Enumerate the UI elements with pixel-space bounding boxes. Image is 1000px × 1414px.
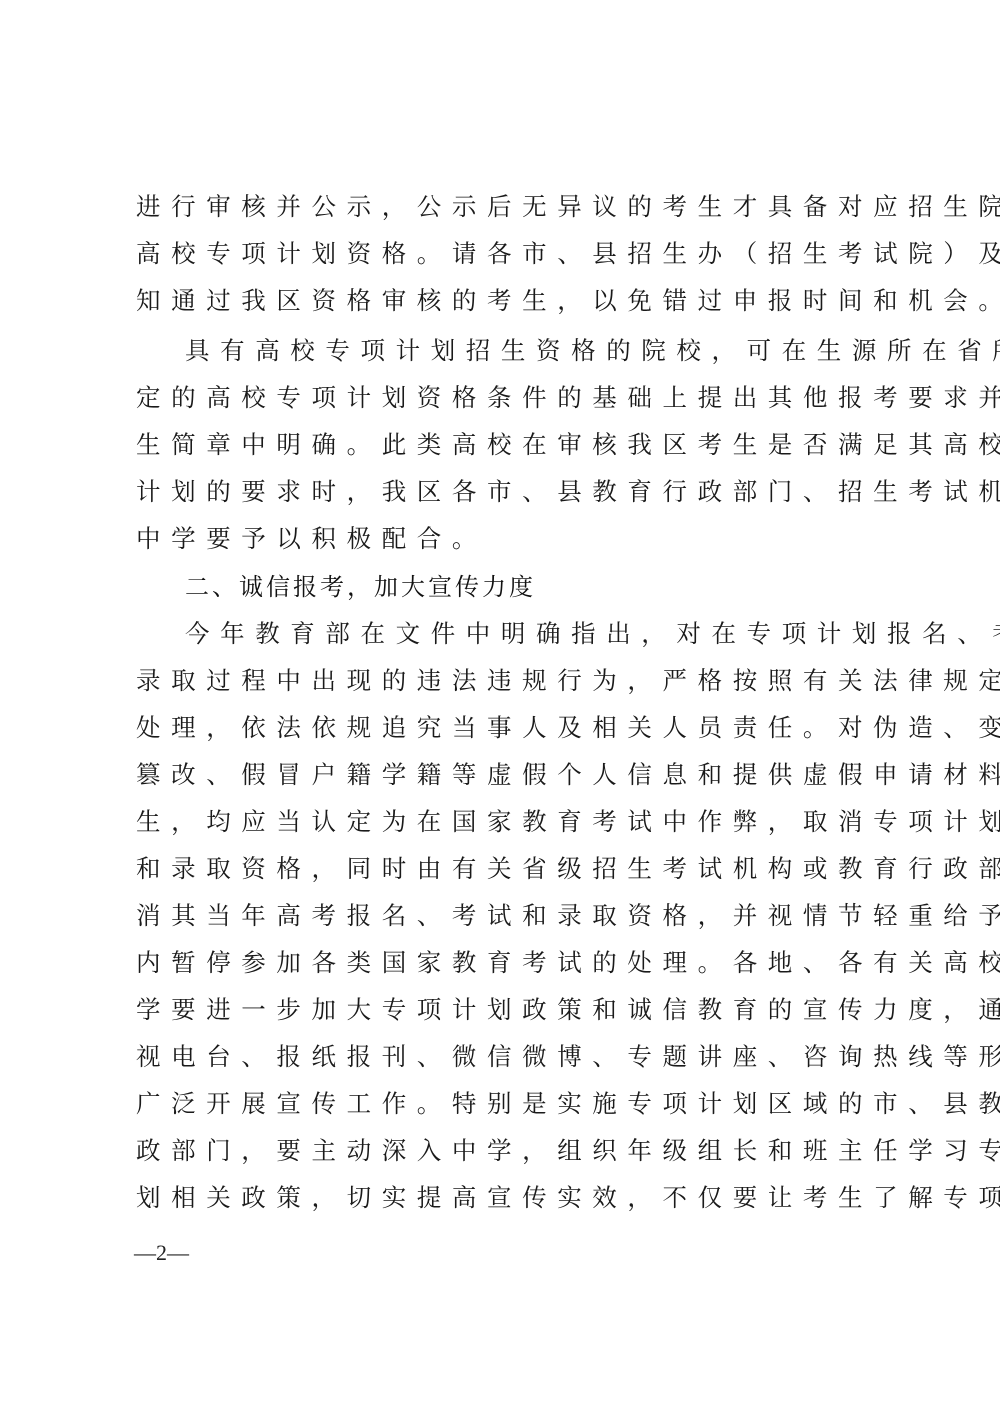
body-text-line: 定的高校专项计划资格条件的基础上提出其他报考要求并在招 (136, 378, 866, 418)
body-text-line: 生，均应当认定为在国家教育考试中作弊，取消专项计划报名 (136, 802, 866, 842)
body-text-line: 学要进一步加大专项计划政策和诚信教育的宣传力度，通过电 (136, 990, 866, 1030)
body-text-line: 今年教育部在文件中明确指出，对在专项计划报名、考试、 (185, 614, 866, 654)
body-text-line: 知通过我区资格审核的考生，以免错过申报时间和机会。 (136, 281, 866, 321)
body-text-line: 中学要予以积极配合。 (136, 519, 866, 559)
body-text-line: 计划的要求时，我区各市、县教育行政部门、招生考试机构和 (136, 472, 866, 512)
body-text-line: 视电台、报纸报刊、微信微博、专题讲座、咨询热线等形式， (136, 1037, 866, 1077)
page-number: —2— (134, 1238, 189, 1268)
body-text-line: 划相关政策，切实提高宣传实效，不仅要让考生了解专项计划 (136, 1178, 866, 1218)
body-text-line: 和录取资格，同时由有关省级招生考试机构或教育行政部门取 (136, 849, 866, 889)
body-text-line: 录取过程中出现的违法违规行为，严格按照有关法律规定严肃 (136, 661, 866, 701)
body-text-line: 具有高校专项计划招生资格的院校，可在生源所在省所确 (185, 331, 866, 371)
body-text-line: 处理，依法依规追究当事人及相关人员责任。对伪造、变造、 (136, 708, 866, 748)
body-text-line: 政部门，要主动深入中学，组织年级组长和班主任学习专项计 (136, 1131, 866, 1171)
body-text-line: 消其当年高考报名、考试和录取资格，并视情节轻重给予 3 年 (136, 896, 866, 936)
section-heading: 二、诚信报考，加大宣传力度 (185, 567, 536, 607)
body-text-line: 篡改、假冒户籍学籍等虚假个人信息和提供虚假申请材料的考 (136, 755, 866, 795)
body-text-line: 进行审核并公示，公示后无异议的考生才具备对应招生院校的 (136, 187, 866, 227)
body-text-line: 内暂停参加各类国家教育考试的处理。各地、各有关高校和中 (136, 943, 866, 983)
body-text-line: 生简章中明确。此类高校在审核我区考生是否满足其高校专项 (136, 425, 866, 465)
body-text-line: 广泛开展宣传工作。特别是实施专项计划区域的市、县教育行 (136, 1084, 866, 1124)
body-text-line: 高校专项计划资格。请各市、县招生办（招生考试院）及时通 (136, 234, 866, 274)
document-page: 进行审核并公示，公示后无异议的考生才具备对应招生院校的 高校专项计划资格。请各市… (0, 0, 1000, 1414)
